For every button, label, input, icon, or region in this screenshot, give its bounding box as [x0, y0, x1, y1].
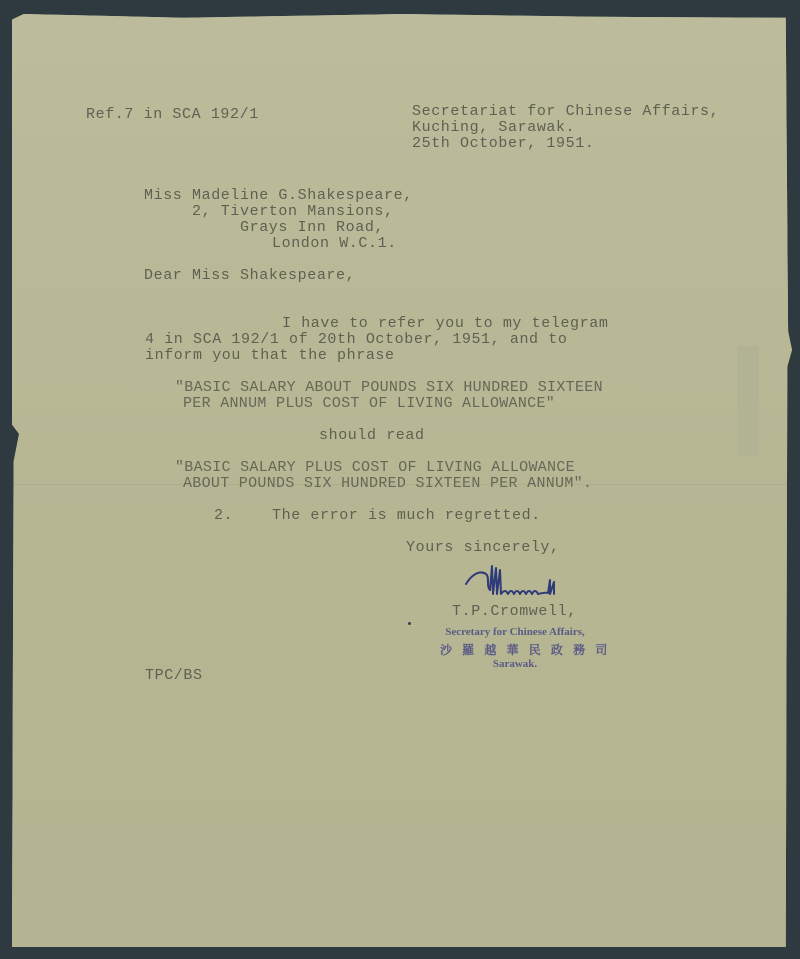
corrected-phrase-line-1: "BASIC SALARY PLUS COST OF LIVING ALLOWA…: [175, 460, 575, 476]
corrected-phrase-line-2: ABOUT POUNDS SIX HUNDRED SIXTEEN PER ANN…: [183, 476, 592, 492]
reference-number: Ref.7 in SCA 192/1: [86, 107, 259, 123]
signature-icon: [462, 560, 582, 604]
title-stamp-line-1: Secretary for Chinese Affairs,: [430, 626, 600, 638]
body-line-3: inform you that the phrase: [145, 348, 395, 364]
valediction: Yours sincerely,: [406, 540, 560, 556]
original-phrase-line-2: PER ANNUM PLUS COST OF LIVING ALLOWANCE": [183, 396, 555, 412]
recipient-address-3: London W.C.1.: [272, 236, 397, 252]
paragraph-2-number: 2.: [214, 508, 233, 524]
ink-dot: [408, 622, 411, 625]
reference-initials: TPC/BS: [145, 668, 203, 684]
title-stamp-line-3: Sarawak.: [430, 658, 600, 670]
title-stamp-chinese: 沙 羅 越 華 民 政 務 司: [440, 641, 590, 658]
faint-edge-stamp: [737, 346, 759, 456]
typed-signatory-name: T.P.Cromwell,: [452, 604, 577, 620]
body-line-1: I have to refer you to my telegram: [282, 316, 608, 332]
recipient-address-1: 2, Tiverton Mansions,: [192, 204, 394, 220]
paragraph-2-text: The error is much regretted.: [272, 508, 541, 524]
body-line-2: 4 in SCA 192/1 of 20th October, 1951, an…: [145, 332, 567, 348]
sender-line-2: Kuching, Sarawak.: [412, 120, 575, 136]
sender-line-1: Secretariat for Chinese Affairs,: [412, 104, 719, 120]
recipient-name: Miss Madeline G.Shakespeare,: [144, 188, 413, 204]
original-phrase-line-1: "BASIC SALARY ABOUT POUNDS SIX HUNDRED S…: [175, 380, 603, 396]
recipient-address-2: Grays Inn Road,: [240, 220, 384, 236]
should-read-text: should read: [319, 428, 425, 444]
salutation: Dear Miss Shakespeare,: [144, 268, 355, 284]
letter-date: 25th October, 1951.: [412, 136, 594, 152]
